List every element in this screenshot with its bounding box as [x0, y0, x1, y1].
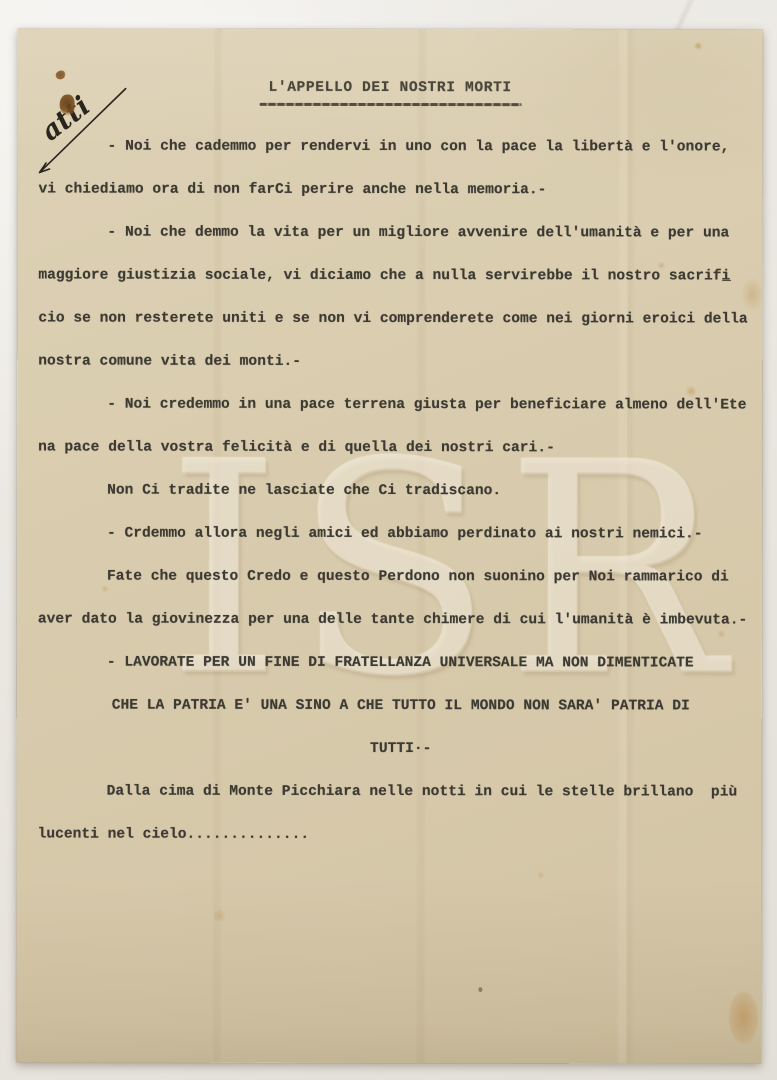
paper-stain — [478, 987, 482, 992]
document-title: L'APPELLO DEI NOSTRI MORTI — [268, 80, 511, 96]
text-line: Fate che questo Credo e questo Perdono n… — [38, 556, 763, 600]
text-line: Dalla cima di Monte Picchiara nelle nott… — [38, 771, 763, 815]
text-line: aver dato la giovinezza per una delle ta… — [38, 599, 763, 643]
text-line: na pace della vostra felicità e di quell… — [38, 427, 763, 471]
text-line: Non Ci tradite ne lasciate che Ci tradis… — [38, 470, 763, 514]
text-line: - LAVORATE PER UN FINE DI FRATELLANZA UN… — [38, 642, 763, 686]
paper-page: ISR atti L'APPELLO DEI NOSTRI MORTI - No… — [16, 28, 762, 1063]
paper-stain — [212, 909, 226, 923]
text-line: vi chiediamo ora di non farCi perire anc… — [38, 169, 762, 213]
paper-stain — [728, 991, 758, 1043]
text-line: - Noi credemmo in una pace terrena giust… — [38, 384, 763, 428]
text-line: - Noi che demmo la vita per un migliore … — [38, 212, 762, 256]
document-body: - Noi che cademmo per rendervi in uno co… — [38, 126, 763, 858]
text-line: nostra comune vita dei monti.- — [38, 341, 762, 385]
text-line: maggiore giustizia sociale, vi diciamo c… — [38, 255, 762, 299]
paper-stain — [537, 871, 545, 879]
text-line: TUTTI·- — [38, 728, 763, 772]
title-underline — [259, 103, 521, 106]
text-line: CHE LA PATRIA E' UNA SINO A CHE TUTTO IL… — [38, 685, 763, 729]
text-line: - Crdemmo allora negli amici ed abbiamo … — [38, 513, 763, 557]
title-block: L'APPELLO DEI NOSTRI MORTI — [18, 77, 763, 106]
paper-stain — [694, 41, 703, 50]
text-line: lucenti nel cielo.............. — [38, 814, 763, 858]
text-line: - Noi che cademmo per rendervi in uno co… — [39, 126, 763, 170]
text-line: cio se non resterete uniti e se non vi c… — [38, 298, 762, 342]
